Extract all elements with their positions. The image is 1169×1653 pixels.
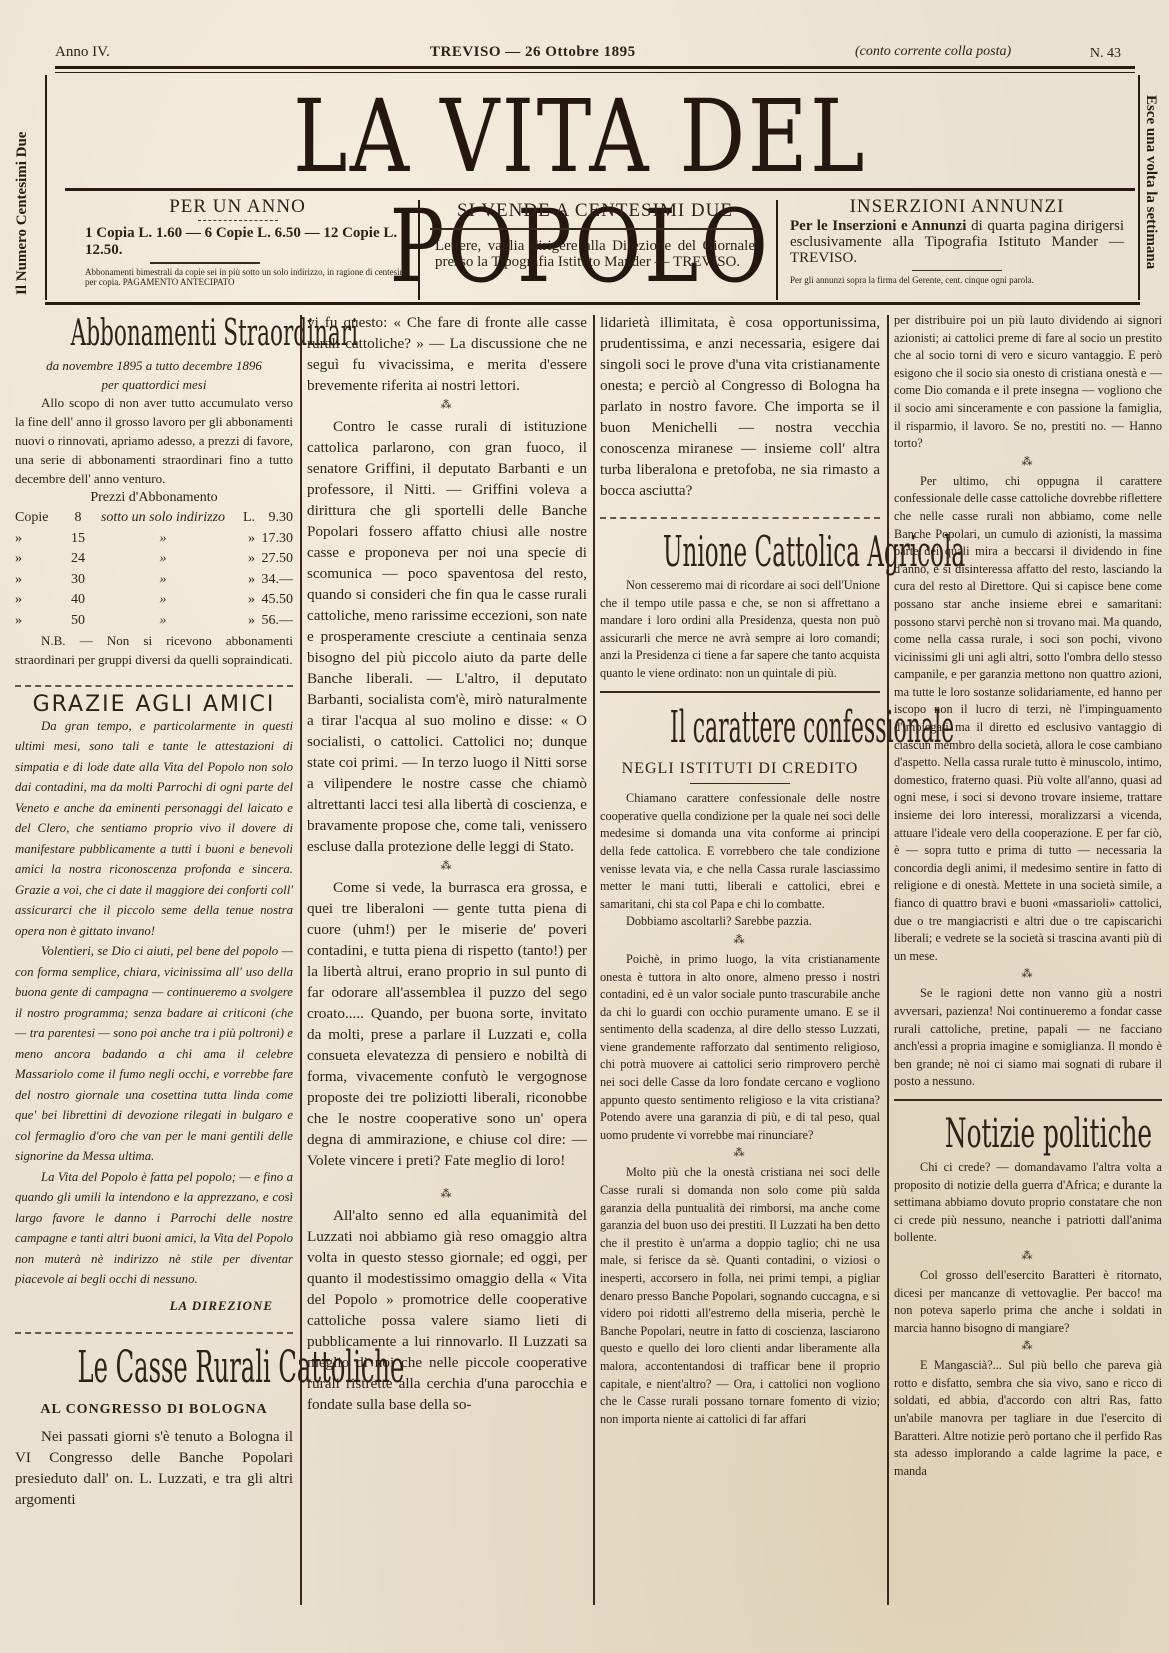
ads-box: INSERZIONI ANNUNZI Per le Inserzioni e A… <box>782 196 1132 300</box>
price-qty: 15 <box>63 529 93 550</box>
subscription-prices: 1 Copia L. 1.60 — 6 Copie L. 6.50 — 12 C… <box>65 225 410 259</box>
price-row: »40»»45.50 <box>15 590 293 611</box>
price-label: » <box>15 590 63 611</box>
casse-c2-p3: Come si vede, la burrasca era grossa, e … <box>307 877 587 1171</box>
abbonamenti-nb: N.B. — Non si ricevono abbonamenti strao… <box>15 631 293 669</box>
abbonamenti-subtitle-2: per quattordici mesi <box>15 377 293 393</box>
price-price: 9.30 <box>255 508 293 529</box>
section-divider <box>15 677 293 687</box>
carattere-subhead: NEGLI ISTITUTI DI CREDITO <box>600 759 880 780</box>
price-qty: 8 <box>63 508 93 529</box>
side-frequency-label: Esce una volta la settimana <box>1142 95 1159 295</box>
ads-note: Per gli annunzi sopra la firma del Geren… <box>782 275 1132 285</box>
carattere-c4-p2: Per ultimo, chi oppugna il carattere con… <box>894 473 1162 966</box>
asterism: ⁂ <box>894 457 1162 467</box>
column-rule-1 <box>300 315 302 1605</box>
column-1: Abbonamenti Straordinari da novembre 189… <box>15 312 293 1511</box>
box-divider-1 <box>418 200 420 300</box>
price-price: 34.— <box>255 570 293 591</box>
price-price: 45.50 <box>255 590 293 611</box>
asterism: ⁂ <box>307 861 587 871</box>
casse-c3-p1: lidarietà illimitata, è cosa opportuniss… <box>600 312 880 501</box>
price-cur: L. <box>233 508 255 529</box>
headline-carattere: Il carattere confessionale <box>670 701 810 755</box>
price-table: Copie8sotto un solo indirizzoL.9.30»15»»… <box>15 508 293 631</box>
price-price: 17.30 <box>255 529 293 550</box>
subscription-title: PER UN ANNO <box>65 196 410 218</box>
asterism: ⁂ <box>894 969 1162 979</box>
headline-casse-rurali: Le Casse Rurali Cattoliche <box>78 1342 231 1394</box>
casse-p1: Nei passati giorni s'è tenuto a Bologna … <box>15 1427 293 1511</box>
price-cur: » <box>233 611 255 632</box>
price-label: » <box>15 570 63 591</box>
notizie-p1: Chi ci crede? — domandavamo l'altra volt… <box>894 1159 1162 1247</box>
section-divider <box>600 691 880 693</box>
subscription-note: Abbonamenti bimestrali da copie sei in p… <box>65 267 410 287</box>
price-row: »24»»27.50 <box>15 549 293 570</box>
price-cur: » <box>233 549 255 570</box>
price-label: Copie <box>15 508 63 529</box>
casse-c2-p2: Contro le casse rurali di istituzione ca… <box>307 416 587 857</box>
price-price: 56.— <box>255 611 293 632</box>
column-3: lidarietà illimitata, è cosa opportuniss… <box>600 312 880 1428</box>
price-desc: » <box>93 570 233 591</box>
sale-title: SI VENDE A CENTESIMI DUE <box>425 200 765 222</box>
column-rule-3 <box>887 315 889 1605</box>
casse-c2-p1: vi fu questo: « Che fare di fronte alle … <box>307 312 587 396</box>
carattere-c4-p3: Se le ragioni dette non vanno giù a nost… <box>894 985 1162 1091</box>
price-label: » <box>15 611 63 632</box>
postal-note: (conto corrente colla posta) <box>855 44 1011 60</box>
header-bottom-rule <box>45 302 1140 305</box>
issue-number: N. 43 <box>1090 46 1121 62</box>
price-qty: 50 <box>63 611 93 632</box>
headline-abbonamenti: Abbonamenti Straordinari <box>71 312 238 356</box>
price-qty: 40 <box>63 590 93 611</box>
price-qty: 30 <box>63 570 93 591</box>
carattere-c4-p1: per distribuire poi un più lauto dividen… <box>894 312 1162 453</box>
notizie-p2: Col grosso dell'esercito Baratteri è rit… <box>894 1267 1162 1337</box>
year-label: Anno IV. <box>55 44 110 61</box>
section-divider <box>894 1099 1162 1101</box>
ads-bold: Per le Inserzioni e Annunzi <box>790 218 966 234</box>
masthead-rule <box>65 188 1135 191</box>
casse-subhead: AL CONGRESSO DI BOLOGNA <box>15 1400 293 1421</box>
section-divider <box>600 509 880 519</box>
unione-body: Non cesseremo mai di ricordare ai soci d… <box>600 577 880 683</box>
price-cur: » <box>233 529 255 550</box>
asterism: ⁂ <box>894 1341 1162 1351</box>
casse-c2-p4: All'alto senno ed alla equanimità del Lu… <box>307 1205 587 1415</box>
top-rule-thin <box>55 72 1135 73</box>
side-price-label: Il Numero Centesimi Due <box>14 95 31 295</box>
price-desc: » <box>93 529 233 550</box>
headline-unione: Unione Cattolica Agricola <box>663 527 817 577</box>
column-rule-2 <box>593 315 595 1605</box>
asterism: ⁂ <box>600 935 880 945</box>
price-row: Copie8sotto un solo indirizzoL.9.30 <box>15 508 293 529</box>
price-desc: » <box>93 611 233 632</box>
ads-title: INSERZIONI ANNUNZI <box>782 196 1132 218</box>
column-4: per distribuire poi un più lauto dividen… <box>894 312 1162 1480</box>
price-desc: » <box>93 590 233 611</box>
price-desc: sotto un solo indirizzo <box>93 508 233 529</box>
abbonamenti-subtitle-1: da novembre 1895 a tutto decembre 1896 <box>15 356 293 377</box>
abbonamenti-body: Allo scopo di non aver tutto accumulato … <box>15 393 293 488</box>
grazie-signature: LA DIREZIONE <box>15 1296 293 1317</box>
masthead-left-border <box>45 75 47 300</box>
top-rule <box>55 66 1135 69</box>
notizie-p3: E Mangascià?... Sul più bello che pareva… <box>894 1357 1162 1480</box>
grazie-p2: Volentieri, se Dio ci aiuti, pel bene de… <box>15 941 293 1167</box>
price-row: »50»»56.— <box>15 611 293 632</box>
top-line: Anno IV. TREVISO — 26 Ottobre 1895 (cont… <box>55 44 1129 64</box>
price-row: »15»»17.30 <box>15 529 293 550</box>
asterism: ⁂ <box>307 400 587 410</box>
sale-box: SI VENDE A CENTESIMI DUE Lettere, vaglia… <box>425 196 765 300</box>
price-qty: 24 <box>63 549 93 570</box>
price-cur: » <box>233 590 255 611</box>
asterism: ⁂ <box>600 1148 880 1158</box>
headline-grazie: GRAZIE AGLI AMICI <box>15 695 293 716</box>
price-cur: » <box>233 570 255 591</box>
asterism: ⁂ <box>307 1189 587 1199</box>
subscription-box: PER UN ANNO 1 Copia L. 1.60 — 6 Copie L.… <box>65 196 410 300</box>
headline-notizie: Notizie politiche <box>945 1109 1111 1159</box>
grazie-p1: Da gran tempo, e particolarmente in ques… <box>15 716 293 942</box>
carattere-p1: Chiamano carattere confessionale delle n… <box>600 790 880 913</box>
asterism: ⁂ <box>894 1251 1162 1261</box>
price-label: » <box>15 549 63 570</box>
grazie-p3: La Vita del Popolo è fatta pel popolo; —… <box>15 1167 293 1290</box>
box-divider-2 <box>776 200 778 300</box>
carattere-p3: Poichè, in primo luogo, la vita cristian… <box>600 951 880 1145</box>
prices-title: Prezzi d'Abbonamento <box>15 488 293 509</box>
carattere-p4: Molto più che la onestà cristiana nei so… <box>600 1164 880 1428</box>
ornament-rule <box>690 783 790 784</box>
price-price: 27.50 <box>255 549 293 570</box>
carattere-p2: Dobbiamo ascoltarli? Sarebbe pazzia. <box>600 913 880 931</box>
price-label: » <box>15 529 63 550</box>
section-divider <box>15 1324 293 1334</box>
price-row: »30»»34.— <box>15 570 293 591</box>
column-2: vi fu questo: « Che fare di fronte alle … <box>307 312 587 1415</box>
masthead-right-border <box>1138 75 1140 300</box>
price-desc: » <box>93 549 233 570</box>
place-date: TREVISO — 26 Ottobre 1895 <box>430 44 636 61</box>
sale-text: Lettere, vaglia dirigere alla Direzione … <box>425 238 765 270</box>
